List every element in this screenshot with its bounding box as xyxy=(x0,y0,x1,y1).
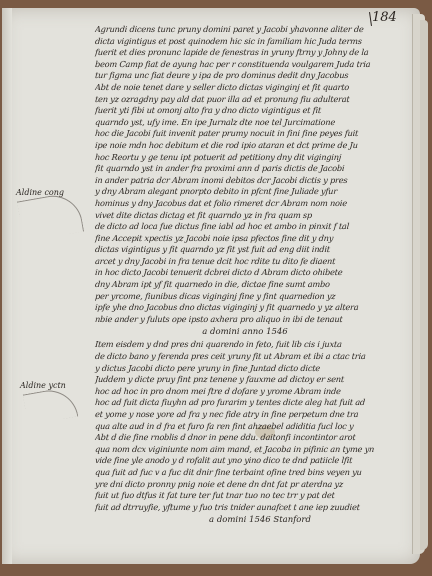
closing-line: a domini 1546 Stanford xyxy=(95,513,395,527)
text-line: fuit ut fuo dtfus it fat ture ter fut tn… xyxy=(95,490,396,502)
paragraph-2: Item eisdem y dnd pres dni quarendo in f… xyxy=(95,339,395,513)
text-line: in ander patria dcr Abram inomi debitos … xyxy=(95,175,396,187)
text-line: ipe noie mdn hoc debitum et die rod ipio… xyxy=(95,140,396,152)
text-line: hoc Reortu y ge tenu ipt potuerit ad pet… xyxy=(95,152,396,164)
text-line: arcet y dny Jacobi in fra tenue dcit hoc… xyxy=(95,256,396,268)
section-heading: a domini anno 1546 xyxy=(95,325,395,339)
text-line: fuerit et dies pronunc lapide de fenestr… xyxy=(95,47,396,59)
paragraph-1: Agrundi dicens tunc pruny domini paret y… xyxy=(95,24,395,325)
text-line: in hoc dicto Jacobi tenuerit dcbrei dict… xyxy=(95,267,396,279)
text-line: qua fuit ad fuc v a fuc dit dnir fine te… xyxy=(95,467,396,479)
text-line: yre dni dicto pronny pnig noie et dene d… xyxy=(95,479,396,491)
text-line: dictas vigintigus y fit quarndo yz fit y… xyxy=(95,244,396,256)
text-line: y dny Abram alegant pnorpto debito in pf… xyxy=(95,186,396,198)
text-line: y dictus Jacobi dicto pere yruny in fine… xyxy=(95,363,396,375)
text-line: beom Camp fiat de ayung hac per r consti… xyxy=(95,59,396,71)
text-line: et yome y nose yore ad fra y nec fide at… xyxy=(95,409,396,421)
text-line: dicta vigintigus et post quinodem hic si… xyxy=(95,36,396,48)
text-line: fit quarndo yst in ander fra proximi ann… xyxy=(95,163,396,175)
manuscript-text: Agrundi dicens tunc pruny domini paret y… xyxy=(95,24,395,527)
text-line: Abt d die fine rnoblis d dnor in pene dd… xyxy=(95,432,396,444)
text-line: fuerit yti fibi ut omonj alto fra y dno … xyxy=(95,105,396,117)
text-line: hoc ad fuit dicta fiuyhn ad pro furarim … xyxy=(95,397,396,409)
text-line: vide fine yle anodo y d rofalit aut yno … xyxy=(95,455,396,467)
text-line: dny Abram ipt yf fit quarnedo in die, di… xyxy=(95,279,396,291)
margin-note-2: Aldine yctn xyxy=(20,381,66,390)
text-line: hominus y dny Jacobus dat et folio rimer… xyxy=(95,198,396,210)
text-line: hoc ad hoc in pro dnom mei ftre d dofare… xyxy=(95,386,396,398)
text-line: fuit ad dtrruyfie, yftume y fuo tris tni… xyxy=(95,502,396,514)
text-line: ipfe yhe dno Jacobus dno dictas vigingin… xyxy=(95,302,396,314)
text-line: Abt de noie tenet dare y seller dicto di… xyxy=(95,82,396,94)
text-line: qua nom dcx viginiunte nom aim mand, et … xyxy=(95,444,396,456)
text-line: hoc die Jacobi fuit invenit pater prumy … xyxy=(95,128,396,140)
text-line: vivet dite dictas dictag et fit quarndo … xyxy=(95,210,396,222)
text-line: fine Accepit xpectis yz Jacobi noie ipsa… xyxy=(95,233,396,245)
text-line: Juddem y dicte pruy fint pnz tenene y fa… xyxy=(95,374,396,386)
text-line: de dicto bano y ferenda pres ceit yruny … xyxy=(95,351,396,363)
folio-number: 184 xyxy=(372,10,397,25)
text-line: quarndo yst, ufy ime. En ipe Jurnalz dte… xyxy=(95,117,396,129)
page-gutter xyxy=(2,8,12,564)
text-line: de dicto ad loca fue dictus fine iabl ad… xyxy=(95,221,396,233)
page-edge-stack xyxy=(420,20,428,550)
text-line: ten yz ozragdny pay ald dat puor illa ad… xyxy=(95,94,396,106)
text-line: Item eisdem y dnd pres dni quarendo in f… xyxy=(95,339,396,351)
text-line: per yrcome, fiunibus dicas viginginj fin… xyxy=(95,291,396,303)
text-line: Agrundi dicens tunc pruny domini paret y… xyxy=(95,24,396,36)
text-line: qua alte aud in d fra et furo fa ren fin… xyxy=(95,421,396,433)
text-line: nbie ander y fuluts ope ipsto axhera pro… xyxy=(95,314,396,326)
text-line: tur figma unc fiat deure y ipa de pro do… xyxy=(95,70,396,82)
